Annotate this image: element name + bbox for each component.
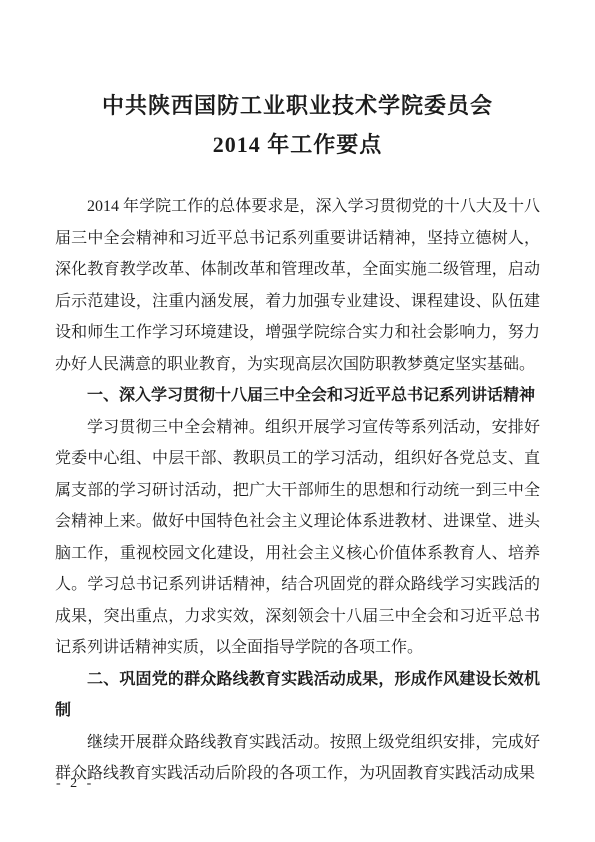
- document-body: 2014 年学院工作的总体要求是，深入学习贯彻党的十八大及十八届三中全会精神和习…: [55, 191, 540, 790]
- page-number: - 2 -: [56, 776, 94, 792]
- section-heading-2: 二、巩固党的群众路线教育实践活动成果，形成作风建设长效机制: [55, 664, 540, 727]
- document-page: 中共陕西国防工业职业技术学院委员会 2014 年工作要点 2014 年学院工作的…: [0, 0, 595, 842]
- paragraph-section-2: 继续开展群众路线教育实践活动。按照上级党组织安排，完成好群众路线教育实践活动后阶…: [55, 727, 540, 790]
- title-line-1: 中共陕西国防工业职业技术学院委员会: [0, 86, 595, 125]
- section-heading-1: 一、深入学习贯彻十八届三中全会和习近平总书记系列讲话精神: [55, 380, 540, 412]
- document-title: 中共陕西国防工业职业技术学院委员会 2014 年工作要点: [0, 86, 595, 164]
- paragraph-overview: 2014 年学院工作的总体要求是，深入学习贯彻党的十八大及十八届三中全会精神和习…: [55, 191, 540, 380]
- title-line-2: 2014 年工作要点: [0, 125, 595, 164]
- paragraph-section-1: 学习贯彻三中全会精神。组织开展学习宣传等系列活动，安排好党委中心组、中层干部、教…: [55, 412, 540, 664]
